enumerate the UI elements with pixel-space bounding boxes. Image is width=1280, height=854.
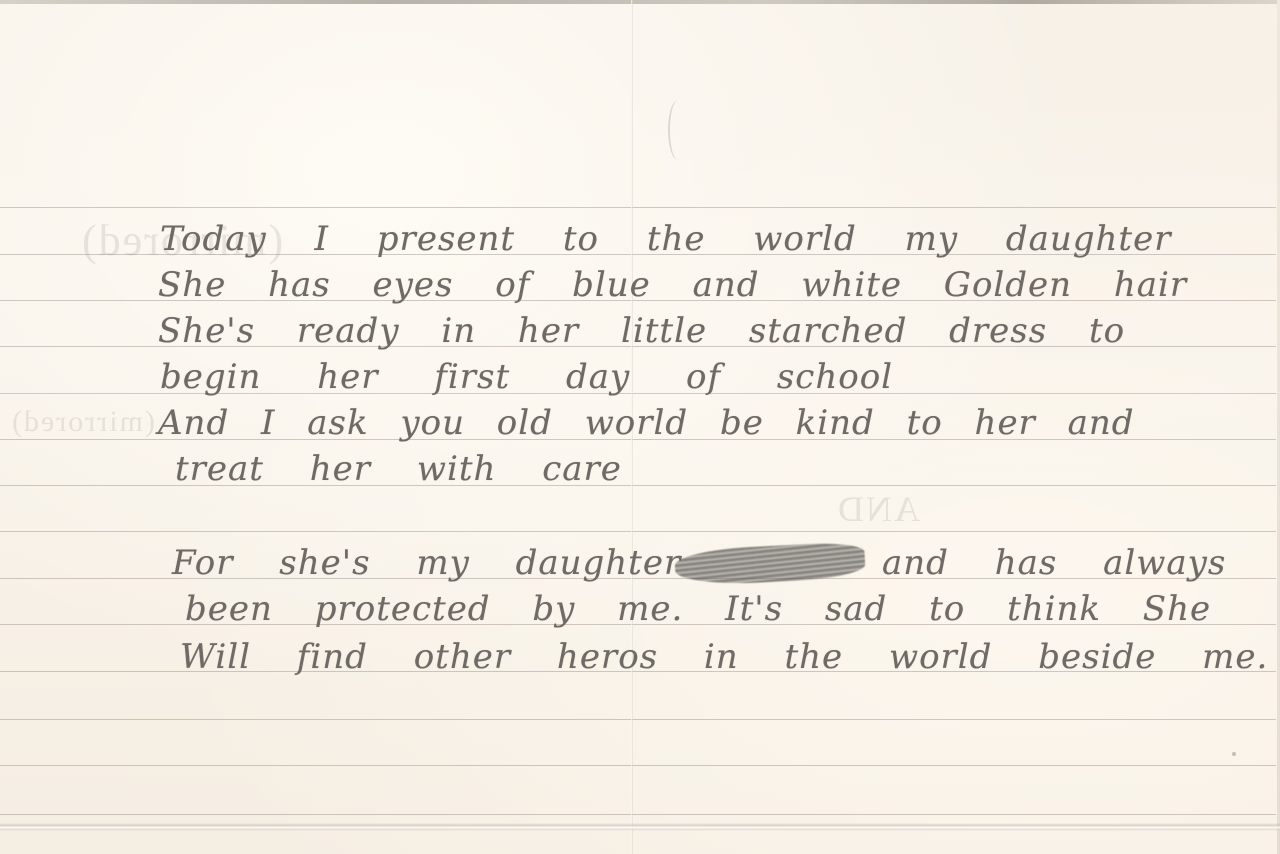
poem-line: For she's my daughter: [172, 546, 681, 580]
letter-paper: (mirrored) (mirrored) AND Today I presen…: [0, 0, 1280, 854]
poem-line: begin her first day of school: [160, 360, 893, 394]
handwritten-poem: Today I present to the world my daughter…: [0, 0, 1280, 854]
poem-line: She has eyes of blue and white Golden ha…: [158, 268, 1187, 302]
poem-line: And I ask you old world be kind to her a…: [158, 406, 1135, 440]
scribbled-out-word: [674, 541, 866, 587]
poem-line: and has always: [882, 546, 1226, 580]
poem-line: treat her with care: [175, 452, 622, 486]
poem-line: She's ready in her little starched dress…: [158, 314, 1125, 348]
poem-line: Will find other heros in the world besid…: [180, 640, 1268, 674]
poem-line: been protected by me. It's sad to think …: [185, 592, 1211, 626]
poem-line: Today I present to the world my daughter: [160, 222, 1171, 256]
